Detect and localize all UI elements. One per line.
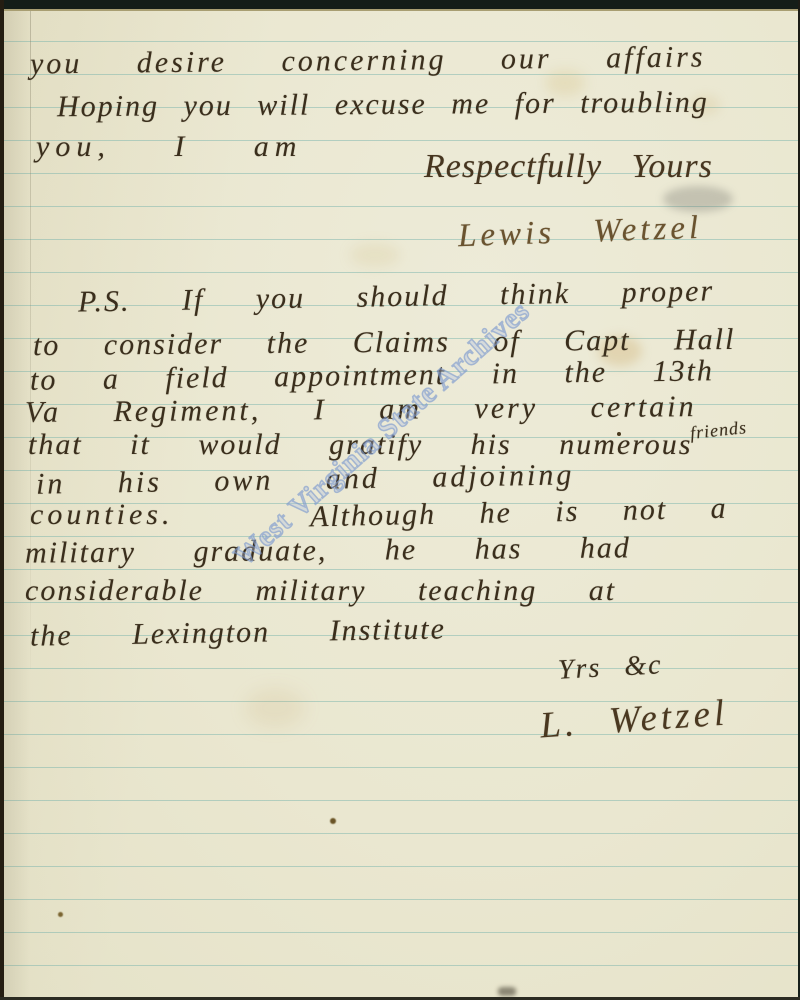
- closing-respectfully: Respectfully Yours: [424, 148, 713, 186]
- paper-smudge: [498, 987, 516, 996]
- signature-l-wetzel: L. Wetzel: [539, 691, 730, 747]
- letter-content: you desire concerning our affairs Hoping…: [0, 0, 800, 1000]
- postscript-line: military graduate, he has had: [25, 531, 631, 570]
- paper-stain: [350, 243, 400, 267]
- signature-lewis-wetzel: Lewis Wetzel: [457, 210, 702, 256]
- postscript-line: Va Regiment, I am very certain: [25, 390, 697, 430]
- postscript-line: the Lexington Institute: [30, 612, 446, 653]
- scanned-letter-page: you desire concerning our affairs Hoping…: [0, 0, 800, 1000]
- paper-speck: [58, 912, 63, 917]
- letter-body-line: you, I am: [36, 130, 302, 164]
- letter-body-line: you desire concerning our affairs: [30, 40, 706, 81]
- paper-smudge: [663, 186, 733, 212]
- paper-stain: [245, 688, 305, 728]
- letter-body-line: Hoping you will excuse me for troubling: [57, 86, 709, 125]
- paper-speck: [330, 818, 336, 824]
- interlinear-insertion: friends: [689, 417, 748, 444]
- postscript-line: P.S. If you should think proper: [78, 274, 715, 319]
- postscript-line: Although he is not a: [310, 492, 728, 535]
- postscript-line: considerable military teaching at: [25, 574, 616, 608]
- postscript-line: counties.: [30, 498, 173, 532]
- closing-yrs: Yrs &c: [557, 649, 663, 686]
